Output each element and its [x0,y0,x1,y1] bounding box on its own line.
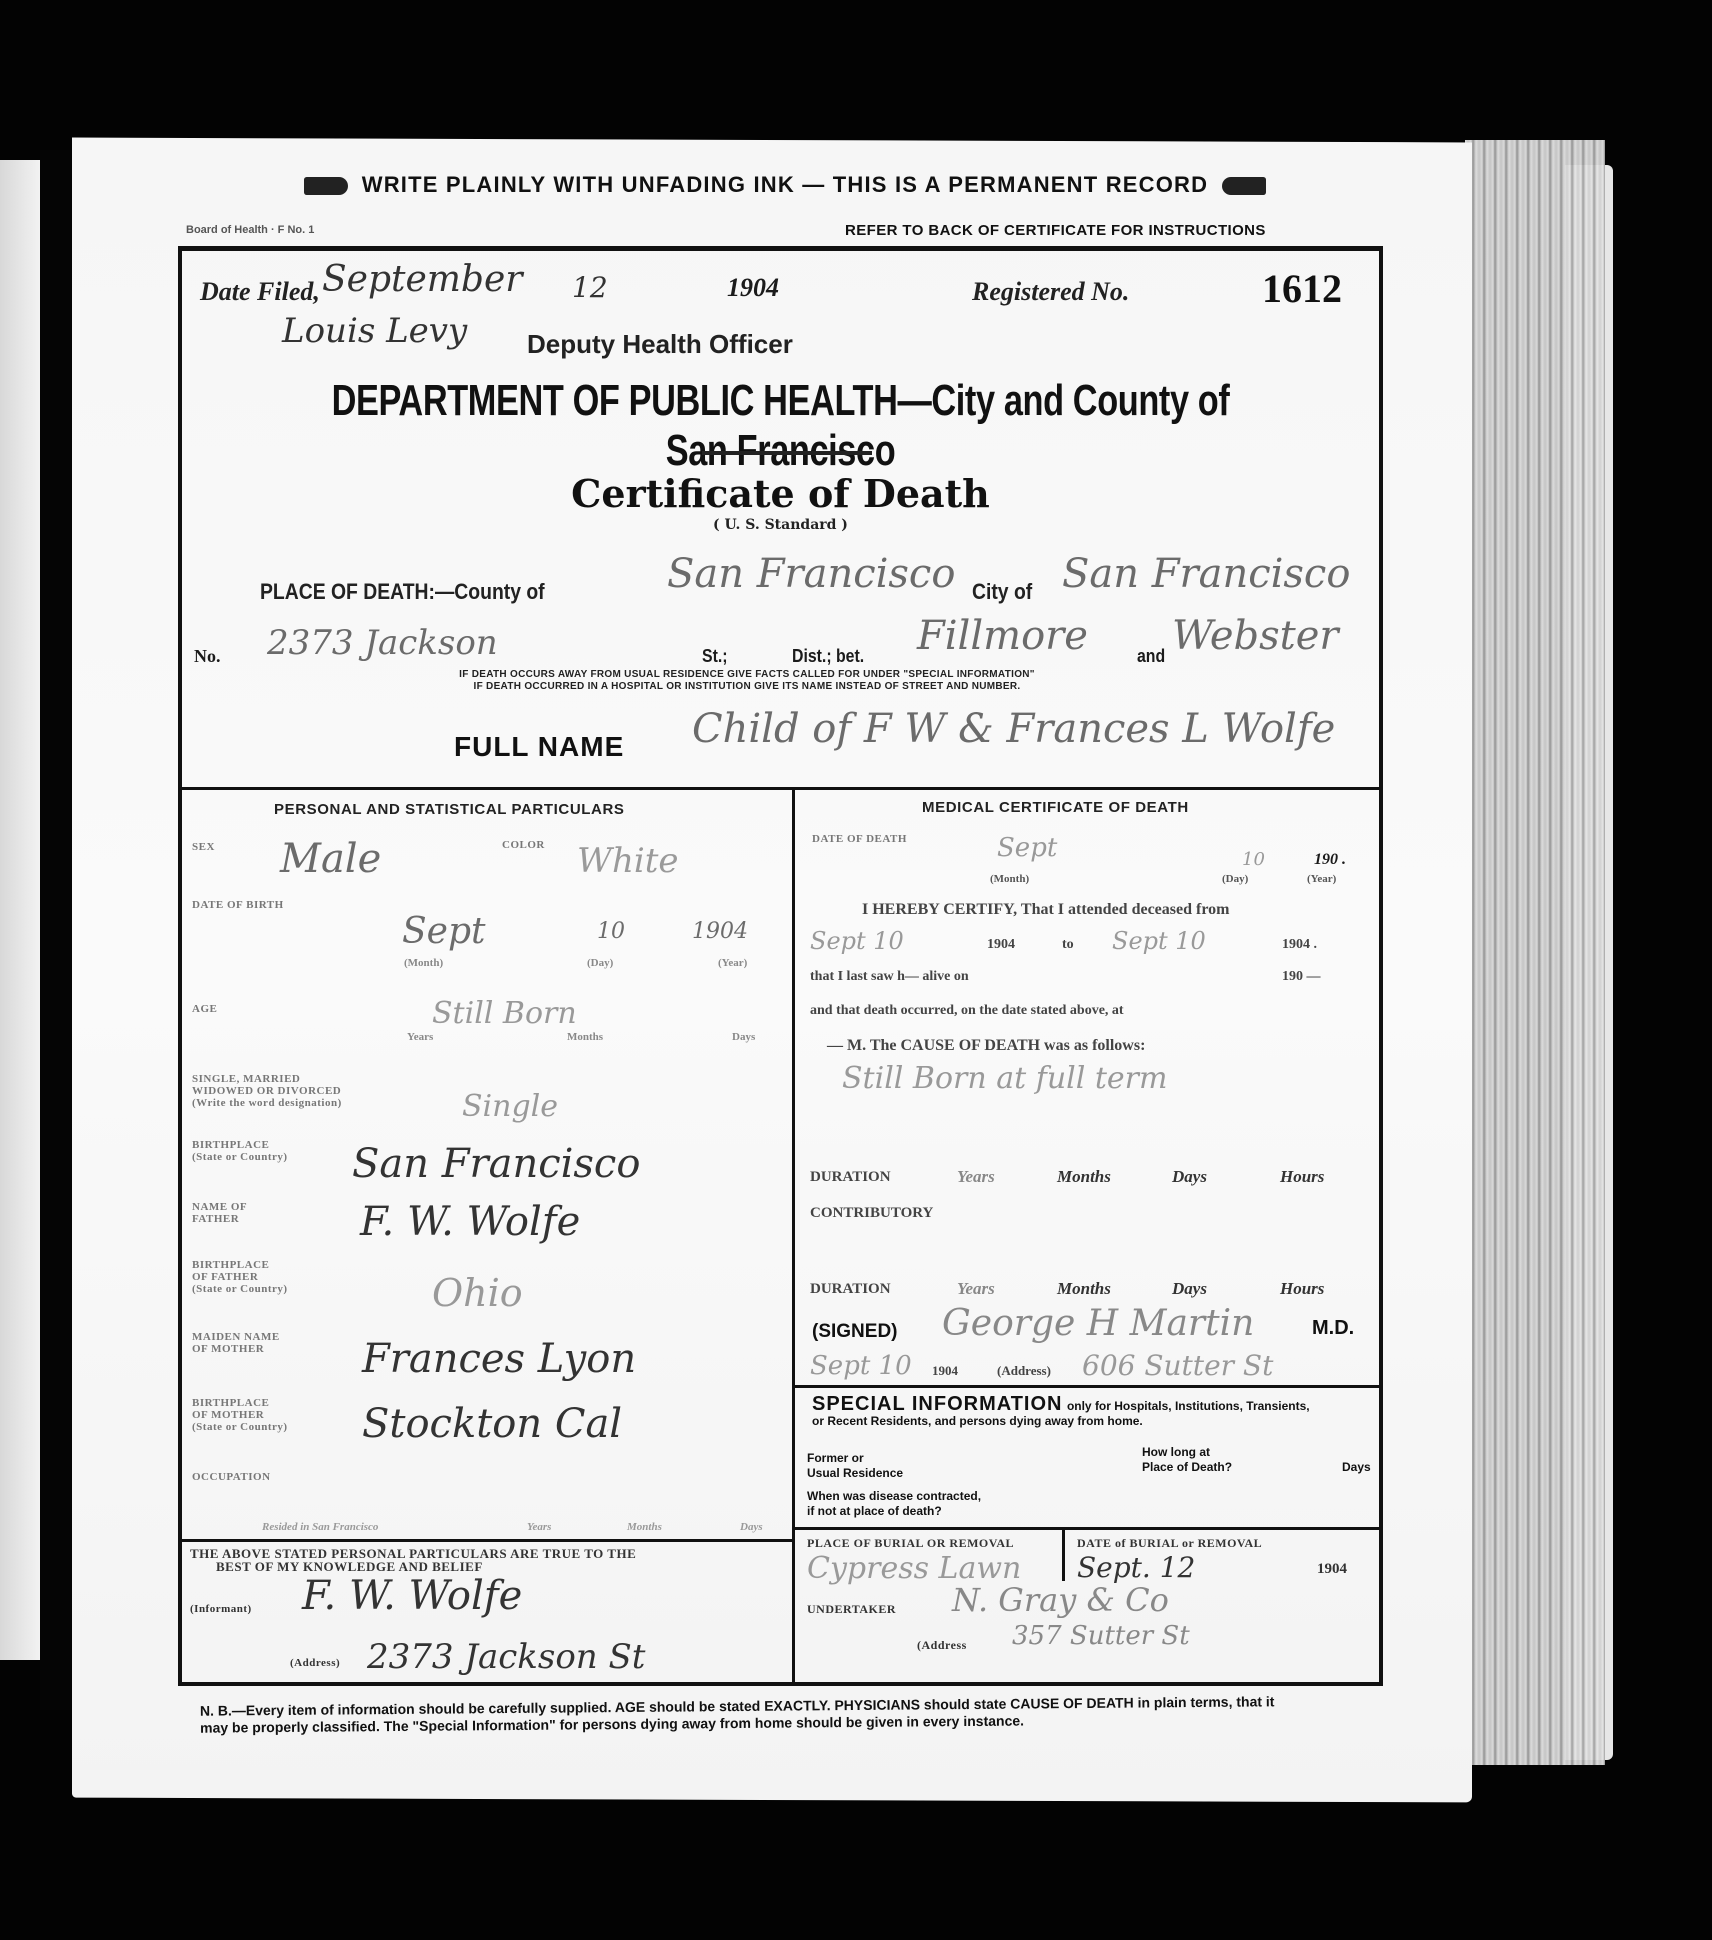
signed-year: 1904 [932,1363,958,1379]
mother-name-value: Frances Lyon [362,1336,636,1382]
special-info-title: SPECIAL INFORMATION [812,1393,1062,1415]
dod-label: DATE OF DEATH [812,833,907,845]
permanent-record-banner: WRITE PLAINLY WITH UNFADING INK — THIS I… [230,172,1340,198]
contracted-label-line-2: if not at place of death? [807,1504,981,1519]
physician-address-label: (Address) [997,1363,1051,1379]
st-label: St.; [702,646,728,667]
form-id: Board of Health · F No. 1 [186,224,314,236]
dod-month: Sept [997,833,1057,863]
burial-column-divider [1062,1529,1065,1581]
resided-days-label: Days [740,1521,763,1533]
resided-label: Resided in San Francisco [262,1521,378,1533]
certificate-title: Certificate of Death [182,471,1379,516]
full-name-label: FULL NAME [454,731,624,763]
footer-prefix: N. B.— [200,1702,246,1718]
pointing-hand-icon [304,177,348,195]
dist-label: Dist.; bet. [792,646,864,667]
sex-label: SEX [192,841,215,853]
color-value: White [577,841,679,881]
duration-years-1: Years [957,1167,995,1187]
attended-from-year: 1904 [987,937,1015,953]
attended-to-year: 1904 . [1282,937,1317,953]
cause-label: — M. The CAUSE OF DEATH was as follows: [827,1037,1145,1055]
contracted-label: When was disease contracted, if not at p… [807,1489,981,1519]
occupation-label: OCCUPATION [192,1471,271,1483]
duration-days-1: Days [1172,1167,1207,1187]
age-value: Still Born [432,996,577,1031]
birthplace-label-line-2: (State or Country) [192,1151,288,1163]
father-birthplace-label: BIRTHPLACE OF FATHER (State or Country) [192,1259,288,1295]
attended-to-date: Sept 10 [1112,927,1206,955]
certificate-subtitle: ( U. S. Standard ) [182,517,1379,533]
dod-year-label: (Year) [1307,873,1336,885]
former-label-line-2: Usual Residence [807,1466,903,1481]
undertaker-label: UNDERTAKER [807,1603,896,1615]
dod-day: 10 [1242,849,1265,870]
sex-value: Male [280,836,381,882]
dod-day-label: (Day) [1222,873,1248,885]
dob-month-label: (Month) [404,957,443,969]
marital-label-line-2: WIDOWED OR DIVORCED [192,1085,342,1097]
dod-month-label: (Month) [990,873,1029,885]
officer-title: Deputy Health Officer [527,329,793,360]
birthplace-label: BIRTHPLACE (State or Country) [192,1139,288,1163]
dob-year: 1904 [692,919,748,944]
street-no-value: 2373 Jackson [267,623,498,663]
duration-hours-2: Hours [1280,1279,1324,1299]
date-filed-label: Date Filed, [200,277,320,307]
mother-label-line-1: MAIDEN NAME [192,1331,280,1343]
duration-label-2: DURATION [810,1281,891,1298]
mother-bp-label-line-1: BIRTHPLACE [192,1397,288,1409]
dob-label: DATE OF BIRTH [192,899,284,911]
age-days-label: Days [732,1031,755,1043]
date-filed-month: September [322,259,522,300]
informant-divider [182,1539,792,1542]
section-divider [182,787,1379,790]
burial-date-label: DATE of BURIAL or REMOVAL [1077,1537,1262,1549]
father-name-label: NAME OF FATHER [192,1201,247,1225]
mother-name-label: MAIDEN NAME OF MOTHER [192,1331,280,1355]
father-label-line-1: NAME OF [192,1201,247,1213]
special-info-divider [794,1385,1379,1388]
residence-note: IF DEATH OCCURS AWAY FROM USUAL RESIDENC… [337,669,1157,693]
city-label: City of [972,579,1032,605]
father-birthplace-value: Ohio [432,1271,523,1315]
undertaker-address-label: (Address [917,1639,967,1651]
father-bp-label-line-3: (State or Country) [192,1283,288,1295]
dob-day: 10 [597,919,625,944]
burial-year-value: 1904 [1317,1561,1347,1578]
contributory-label: CONTRIBUTORY [810,1205,933,1222]
duration-hours-1: Hours [1280,1167,1324,1187]
age-years-label: Years [407,1031,433,1043]
and-label: and [1137,646,1165,667]
dod-year: 190 . [1314,851,1346,869]
date-filed-year: 1904 [727,273,779,303]
mother-bp-label-line-3: (State or Country) [192,1421,288,1433]
signed-label: (SIGNED) [812,1321,898,1343]
mother-birthplace-value: Stockton Cal [362,1401,622,1447]
former-label-line-1: Former or [807,1451,903,1466]
medical-heading: MEDICAL CERTIFICATE OF DEATH [922,799,1189,816]
city-value: San Francisco [1062,551,1350,597]
signed-date: Sept 10 [810,1351,912,1381]
how-long-label: How long at Place of Death? [1142,1445,1232,1475]
place-of-death-label: PLACE OF DEATH:—County of [260,579,545,605]
street-no-label: No. [194,646,221,667]
refer-note: REFER TO BACK OF CERTIFICATE FOR INSTRUC… [845,222,1266,239]
residence-note-line-1: IF DEATH OCCURS AWAY FROM USUAL RESIDENC… [337,669,1157,681]
occurred-text: and that death occurred, on the date sta… [810,1003,1124,1019]
informant-address: 2373 Jackson St [367,1637,645,1677]
duration-years-2: Years [957,1279,995,1299]
informant-address-label: (Address) [290,1657,340,1669]
marital-status-value: Single [462,1089,558,1124]
pointing-hand-icon [1222,177,1266,195]
mother-label-line-2: OF MOTHER [192,1343,280,1355]
how-long-label-line-2: Place of Death? [1142,1460,1232,1475]
marital-label-line-1: SINGLE, MARRIED [192,1073,342,1085]
resided-years-label: Years [527,1521,551,1533]
special-info-note: only for Hospitals, Institutions, Transi… [1067,1399,1310,1413]
cause-of-death-value: Still Born at full term [842,1061,1167,1096]
color-label: COLOR [502,839,545,851]
certify-text: I HEREBY CERTIFY, That I attended deceas… [862,901,1229,919]
banner-text: WRITE PLAINLY WITH UNFADING INK — THIS I… [362,172,1209,197]
contracted-label-line-1: When was disease contracted, [807,1489,981,1504]
age-months-label: Months [567,1031,603,1043]
father-label-line-2: FATHER [192,1213,247,1225]
personal-heading: PERSONAL AND STATISTICAL PARTICULARS [274,801,625,818]
informant-name: F. W. Wolfe [302,1573,522,1619]
how-long-days-label: Days [1342,1460,1371,1474]
marital-label-line-3: (Write the word designation) [192,1097,342,1109]
officer-signature: Louis Levy [282,311,467,351]
birthplace-label-line-1: BIRTHPLACE [192,1139,288,1151]
father-name-value: F. W. Wolfe [360,1199,580,1245]
burial-place-label: PLACE OF BURIAL OR REMOVAL [807,1537,1014,1549]
duration-months-1: Months [1057,1167,1111,1187]
department-title: DEPARTMENT OF PUBLIC HEALTH—City and Cou… [314,376,1248,476]
registered-number: 1612 [1262,265,1342,312]
column-divider [792,789,795,1682]
duration-months-2: Months [1057,1279,1111,1299]
duration-label-1: DURATION [810,1169,891,1186]
physician-address: 606 Sutter St [1082,1349,1273,1382]
burial-date-value: Sept. 12 [1077,1551,1195,1584]
between-street-1: Fillmore [917,613,1088,659]
dob-year-label: (Year) [718,957,747,969]
last-saw-text: that I last saw h— alive on [810,969,969,985]
certificate-frame: Date Filed, September 12 1904 Registered… [178,246,1383,1686]
dob-month: Sept [402,911,485,952]
father-bp-label-line-1: BIRTHPLACE [192,1259,288,1271]
residence-note-line-2: IF DEATH OCCURRED IN A HOSPITAL OR INSTI… [337,681,1157,693]
resided-months-label: Months [627,1521,662,1533]
last-saw-year: 190 — [1282,969,1321,985]
page-stack-edges [1465,140,1605,1765]
attended-to-label: to [1062,937,1074,953]
burial-divider [794,1527,1379,1530]
special-info-heading: SPECIAL INFORMATION only for Hospitals, … [812,1393,1377,1428]
adjacent-page-left [0,160,40,1660]
registered-label: Registered No. [972,277,1129,307]
special-info-note-2: or Recent Residents, and persons dying a… [812,1414,1377,1428]
physician-signature: George H Martin [942,1303,1254,1344]
age-label: AGE [192,1003,217,1015]
date-filed-day: 12 [572,271,608,304]
full-name-value: Child of F W & Frances L Wolfe [692,706,1335,752]
county-value: San Francisco [667,551,955,597]
father-bp-label-line-2: OF FATHER [192,1271,288,1283]
how-long-label-line-1: How long at [1142,1445,1232,1460]
former-residence-label: Former or Usual Residence [807,1451,903,1481]
duration-days-2: Days [1172,1279,1207,1299]
mother-birthplace-label: BIRTHPLACE OF MOTHER (State or Country) [192,1397,288,1433]
informant-statement-line-2: BEST OF MY KNOWLEDGE AND BELIEF [190,1560,788,1573]
between-street-2: Webster [1172,613,1339,659]
informant-statement: THE ABOVE STATED PERSONAL PARTICULARS AR… [190,1547,788,1573]
md-label: M.D. [1312,1317,1354,1340]
marital-status-label: SINGLE, MARRIED WIDOWED OR DIVORCED (Wri… [192,1073,342,1109]
undertaker-value: N. Gray & Co [952,1581,1169,1619]
mother-bp-label-line-2: OF MOTHER [192,1409,288,1421]
undertaker-address: 357 Sutter St [1012,1621,1190,1651]
dob-day-label: (Day) [587,957,613,969]
book-gutter [40,150,72,1710]
informant-label: (Informant) [190,1603,252,1615]
birthplace-value: San Francisco [352,1141,640,1187]
attended-from-date: Sept 10 [810,927,904,955]
title-divider [702,451,872,455]
